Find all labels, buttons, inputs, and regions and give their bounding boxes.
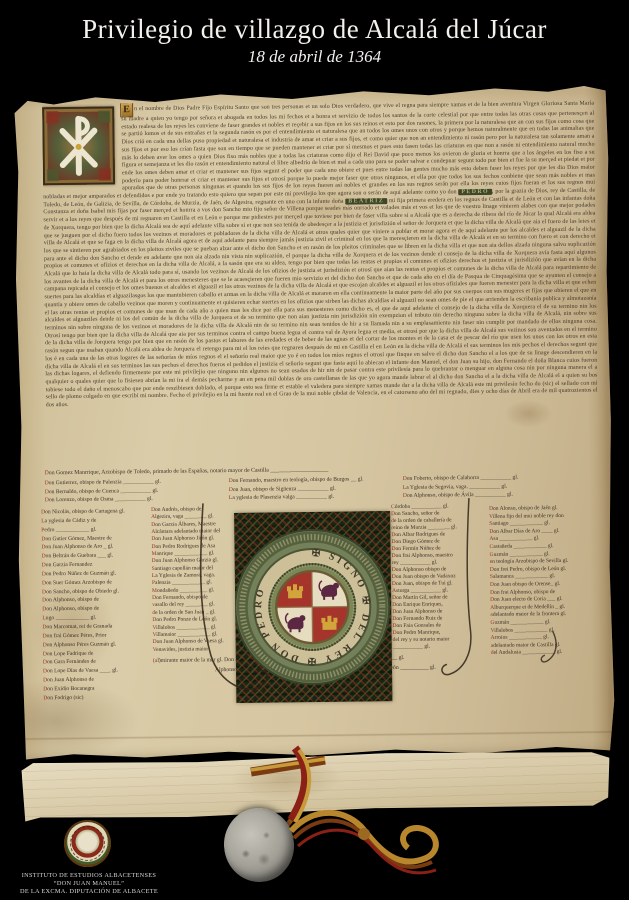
rota-seal-graphic: ✠ SIGNO ✠ DEL REY ✠ DON PEDRO	[234, 511, 392, 703]
page-header: Privilegio de villazgo de Alcalá del Júc…	[0, 14, 629, 67]
witness-line: ___________ gl.	[393, 643, 493, 651]
drop-cap-initial: E	[121, 103, 132, 116]
witness-top-column-3: Don Foberto, obispo de Calahorra _______…	[403, 473, 579, 501]
chi-rho-icon	[42, 106, 115, 185]
institute-logo-emblem	[64, 820, 111, 867]
witness-column-2: Don Andrés, obispo deAlgezira, vaga ____…	[151, 506, 245, 654]
parchment-document: En el nombre de Dios Padre Fijo Espíritu…	[12, 84, 616, 761]
institute-line-1: INSTITUTO DE ESTUDIOS ALBACETENSES	[4, 872, 174, 880]
institute-line-2: “DON JUAN MANUEL”	[4, 880, 174, 888]
body-text-flow: n el nombre de Dios Padre Fijo Espíritu …	[43, 101, 597, 409]
witness-top-column-2: Don Fernando, maestro en teología, obisp…	[229, 475, 405, 503]
body-text-segment: n el nombre de Dios Padre Fijo Espíritu …	[43, 101, 595, 201]
witness-line: Don Alphonso, obispo de Ávila __________…	[403, 490, 579, 501]
page-subtitle: 18 de abril de 1364	[0, 47, 629, 67]
fold-crease	[20, 730, 616, 740]
highlighted-royal-name: PEDRO	[458, 189, 492, 195]
silk-thread-tangle	[286, 796, 451, 894]
witness-column-4: Don Alonso, obispo de Jaén gl.Villena fi…	[489, 504, 603, 657]
charter-body-text: En el nombre de Dios Padre Fijo Espíritu…	[42, 98, 598, 459]
witness-line: La yglesia de Plasenzia valga __________…	[229, 492, 405, 503]
witness-line: Don Lorenzo, obispo de Osma ___________ …	[45, 494, 229, 505]
witness-top-column-1: Don Gutierrez, obispo de Palenzia ______…	[45, 477, 229, 505]
institute-line-3: DE LA EXCMA. DIPUTACIÓN DE ALBACETE	[4, 888, 174, 896]
chi-rho-illuminated-initial	[42, 106, 115, 185]
witness-column-3: Córdoba ___________ gl.Don Sancho, señor…	[391, 503, 493, 651]
witness-line: Venavides, justizia maior	[153, 645, 245, 653]
highlighted-royal-name: BEATRIZ	[345, 198, 387, 205]
institute-caption: INSTITUTO DE ESTUDIOS ALBACETENSES “DON …	[4, 872, 174, 895]
body-text-segment: mi fija primera eredera en los regnos de…	[43, 195, 597, 408]
witness-line: Don Fodrigo (sic)	[43, 693, 167, 703]
witness-column-1: Don Nicolás, obispo de Cartagena gl.La y…	[41, 507, 167, 703]
page-title: Privilegio de villazgo de Alcalá del Júc…	[0, 14, 629, 45]
royal-rota-seal: ✠ SIGNO ✠ DEL REY ✠ DON PEDRO	[234, 511, 392, 703]
